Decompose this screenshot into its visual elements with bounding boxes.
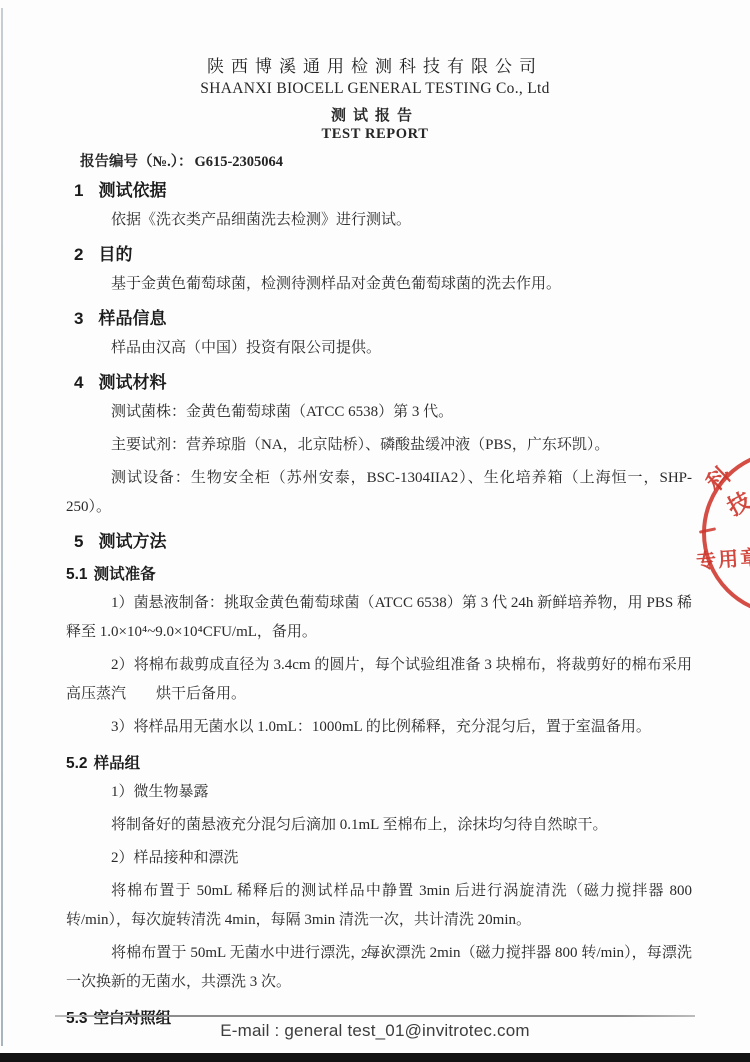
test-report-page: 陕西博溪通用检测科技有限公司 SHAANXI BIOCELL GENERAL T…	[0, 0, 750, 1062]
subsection-number: 5.2	[66, 754, 88, 774]
footer-divider-line	[55, 1015, 695, 1017]
report-body: 1测试依据 依据《洗衣类产品细菌洗去检测》进行测试。 2目的 基于金黄色葡萄球菌…	[0, 180, 750, 1029]
section-heading-3: 3样品信息	[74, 308, 692, 330]
section-heading-4: 4测试材料	[74, 372, 692, 394]
paragraph: 测试菌株：金黄色葡萄球菌（ATCC 6538）第 3 代。	[66, 398, 692, 427]
report-title-en: TEST REPORT	[0, 126, 750, 143]
section-heading-2: 2目的	[74, 244, 692, 266]
company-name-en: SHAANXI BIOCELL GENERAL TESTING Co., Ltd	[0, 80, 750, 98]
section-heading-5: 5测试方法	[74, 531, 692, 553]
subsection-heading-5-2: 5.2样品组	[66, 754, 692, 774]
page-edge-line	[1, 8, 3, 1046]
paragraph: 依据《洗衣类产品细菌洗去检测》进行测试。	[66, 206, 692, 235]
paragraph: 1）菌悬液制备：挑取金黄色葡萄球菌（ATCC 6538）第 3 代 24h 新鲜…	[66, 589, 692, 647]
company-name-cn: 陕西博溪通用检测科技有限公司	[0, 56, 750, 78]
section-number: 1	[74, 180, 83, 202]
section-title: 目的	[98, 245, 132, 264]
report-header: 陕西博溪通用检测科技有限公司 SHAANXI BIOCELL GENERAL T…	[0, 0, 750, 171]
section-title: 测试材料	[98, 373, 166, 392]
paragraph: 测试设备：生物安全柜（苏州安泰，BSC-1304IIA2）、生化培养箱（上海恒一…	[66, 464, 692, 522]
section-number: 5	[74, 531, 83, 553]
paragraph: 主要试剂：营养琼脂（NA，北京陆桥）、磷酸盐缓冲液（PBS，广东环凯）。	[66, 431, 692, 460]
paragraph: 将制备好的菌悬液充分混匀后滴加 0.1mL 至棉布上，涂抹均匀待自然晾干。	[66, 811, 692, 840]
footer-email: E-mail : general test_01@invitrotec.com	[0, 1021, 750, 1041]
report-number-value: G615-2305064	[194, 154, 283, 170]
subsection-title: 测试准备	[94, 566, 156, 583]
page-number: 2 / 3	[0, 946, 750, 962]
report-number-label: 报告编号（№.）：	[80, 154, 192, 170]
subsection-heading-5-1: 5.1测试准备	[66, 565, 692, 585]
paragraph: 2）样品接种和漂洗	[66, 844, 692, 873]
paragraph: 基于金黄色葡萄球菌，检测待测样品对金黄色葡萄球菌的洗去作用。	[66, 270, 692, 299]
company-seal-label: 专用章	[695, 541, 750, 575]
section-title: 测试方法	[98, 532, 166, 551]
paragraph: 样品由汉高（中国）投资有限公司提供。	[66, 334, 692, 363]
section-title: 样品信息	[98, 309, 166, 328]
paragraph: 将棉布置于 50mL 稀释后的测试样品中静置 3min 后进行涡旋清洗（磁力搅拌…	[66, 877, 692, 935]
report-title-cn: 测试报告	[0, 107, 750, 126]
section-title: 测试依据	[98, 181, 166, 200]
section-number: 4	[74, 372, 83, 394]
subsection-number: 5.1	[66, 565, 88, 585]
section-number: 2	[74, 244, 83, 266]
section-number: 3	[74, 308, 83, 330]
paragraph: 2）将棉布裁剪成直径为 3.4cm 的圆片，每个试验组准备 3 块棉布，将裁剪好…	[66, 651, 692, 709]
paragraph: 1）微生物暴露	[66, 778, 692, 807]
section-heading-1: 1测试依据	[74, 180, 692, 202]
report-number-line: 报告编号（№.）：G615-2305064	[80, 150, 750, 171]
paragraph: 3）将样品用无菌水以 1.0mL：1000mL 的比例稀释，充分混匀后，置于室温…	[66, 713, 692, 742]
subsection-title: 样品组	[94, 755, 141, 772]
bottom-dark-bar	[0, 1053, 750, 1062]
